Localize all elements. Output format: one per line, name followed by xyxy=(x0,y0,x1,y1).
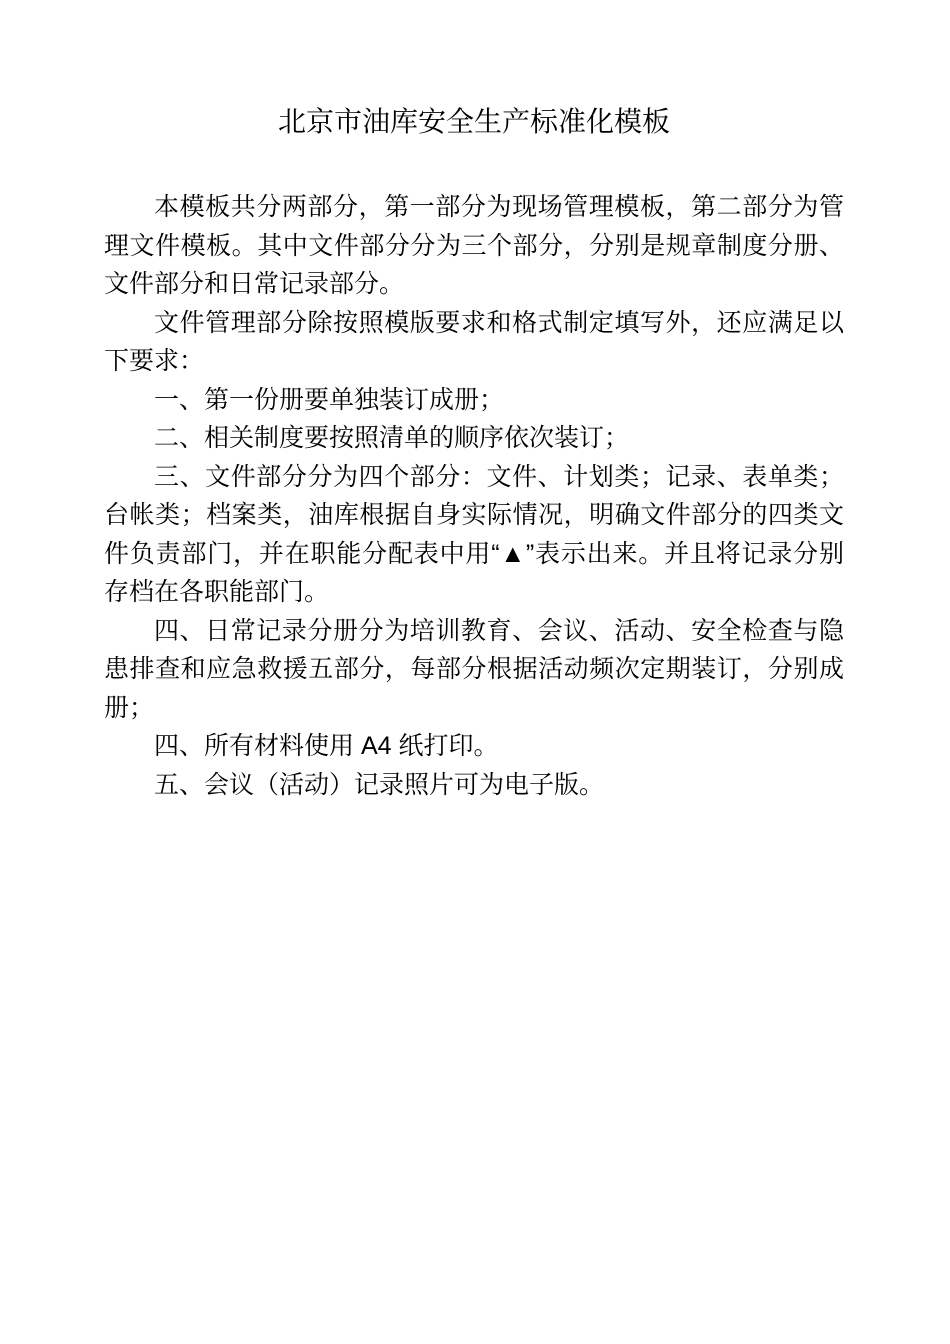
list-item-5-electronic-photos: 五、会议（活动）记录照片可为电子版。 xyxy=(104,766,844,805)
para-requirements-intro: 文件管理部分除按照模版要求和格式制定填写外，还应满足以下要求： xyxy=(104,304,844,381)
document-title: 北京市油库安全生产标准化模板 xyxy=(104,102,844,141)
para-template-overview: 本模板共分两部分，第一部分为现场管理模板，第二部分为管理文件模板。其中文件部分分… xyxy=(104,188,844,304)
list-item-4-daily-records: 四、日常记录分册分为培训教育、会议、活动、安全检查与隐患排查和应急救援五部分，每… xyxy=(104,612,844,728)
document-content: 北京市油库安全生产标准化模板 本模板共分两部分，第一部分为现场管理模板，第二部分… xyxy=(104,102,844,804)
list-item-3-four-file-parts: 三、文件部分分为四个部分：文件、计划类；记录、表单类；台帐类；档案类，油库根据自… xyxy=(104,458,844,612)
document-page: 北京市油库安全生产标准化模板 本模板共分两部分，第一部分为现场管理模板，第二部分… xyxy=(0,0,950,1344)
list-item-1-separate-binding: 一、第一份册要单独装订成册； xyxy=(104,381,844,420)
list-item-4-a4-printing: 四、所有材料使用 A4 纸打印。 xyxy=(104,727,844,766)
list-item-2-binding-order: 二、相关制度要按照清单的顺序依次装订； xyxy=(104,419,844,458)
